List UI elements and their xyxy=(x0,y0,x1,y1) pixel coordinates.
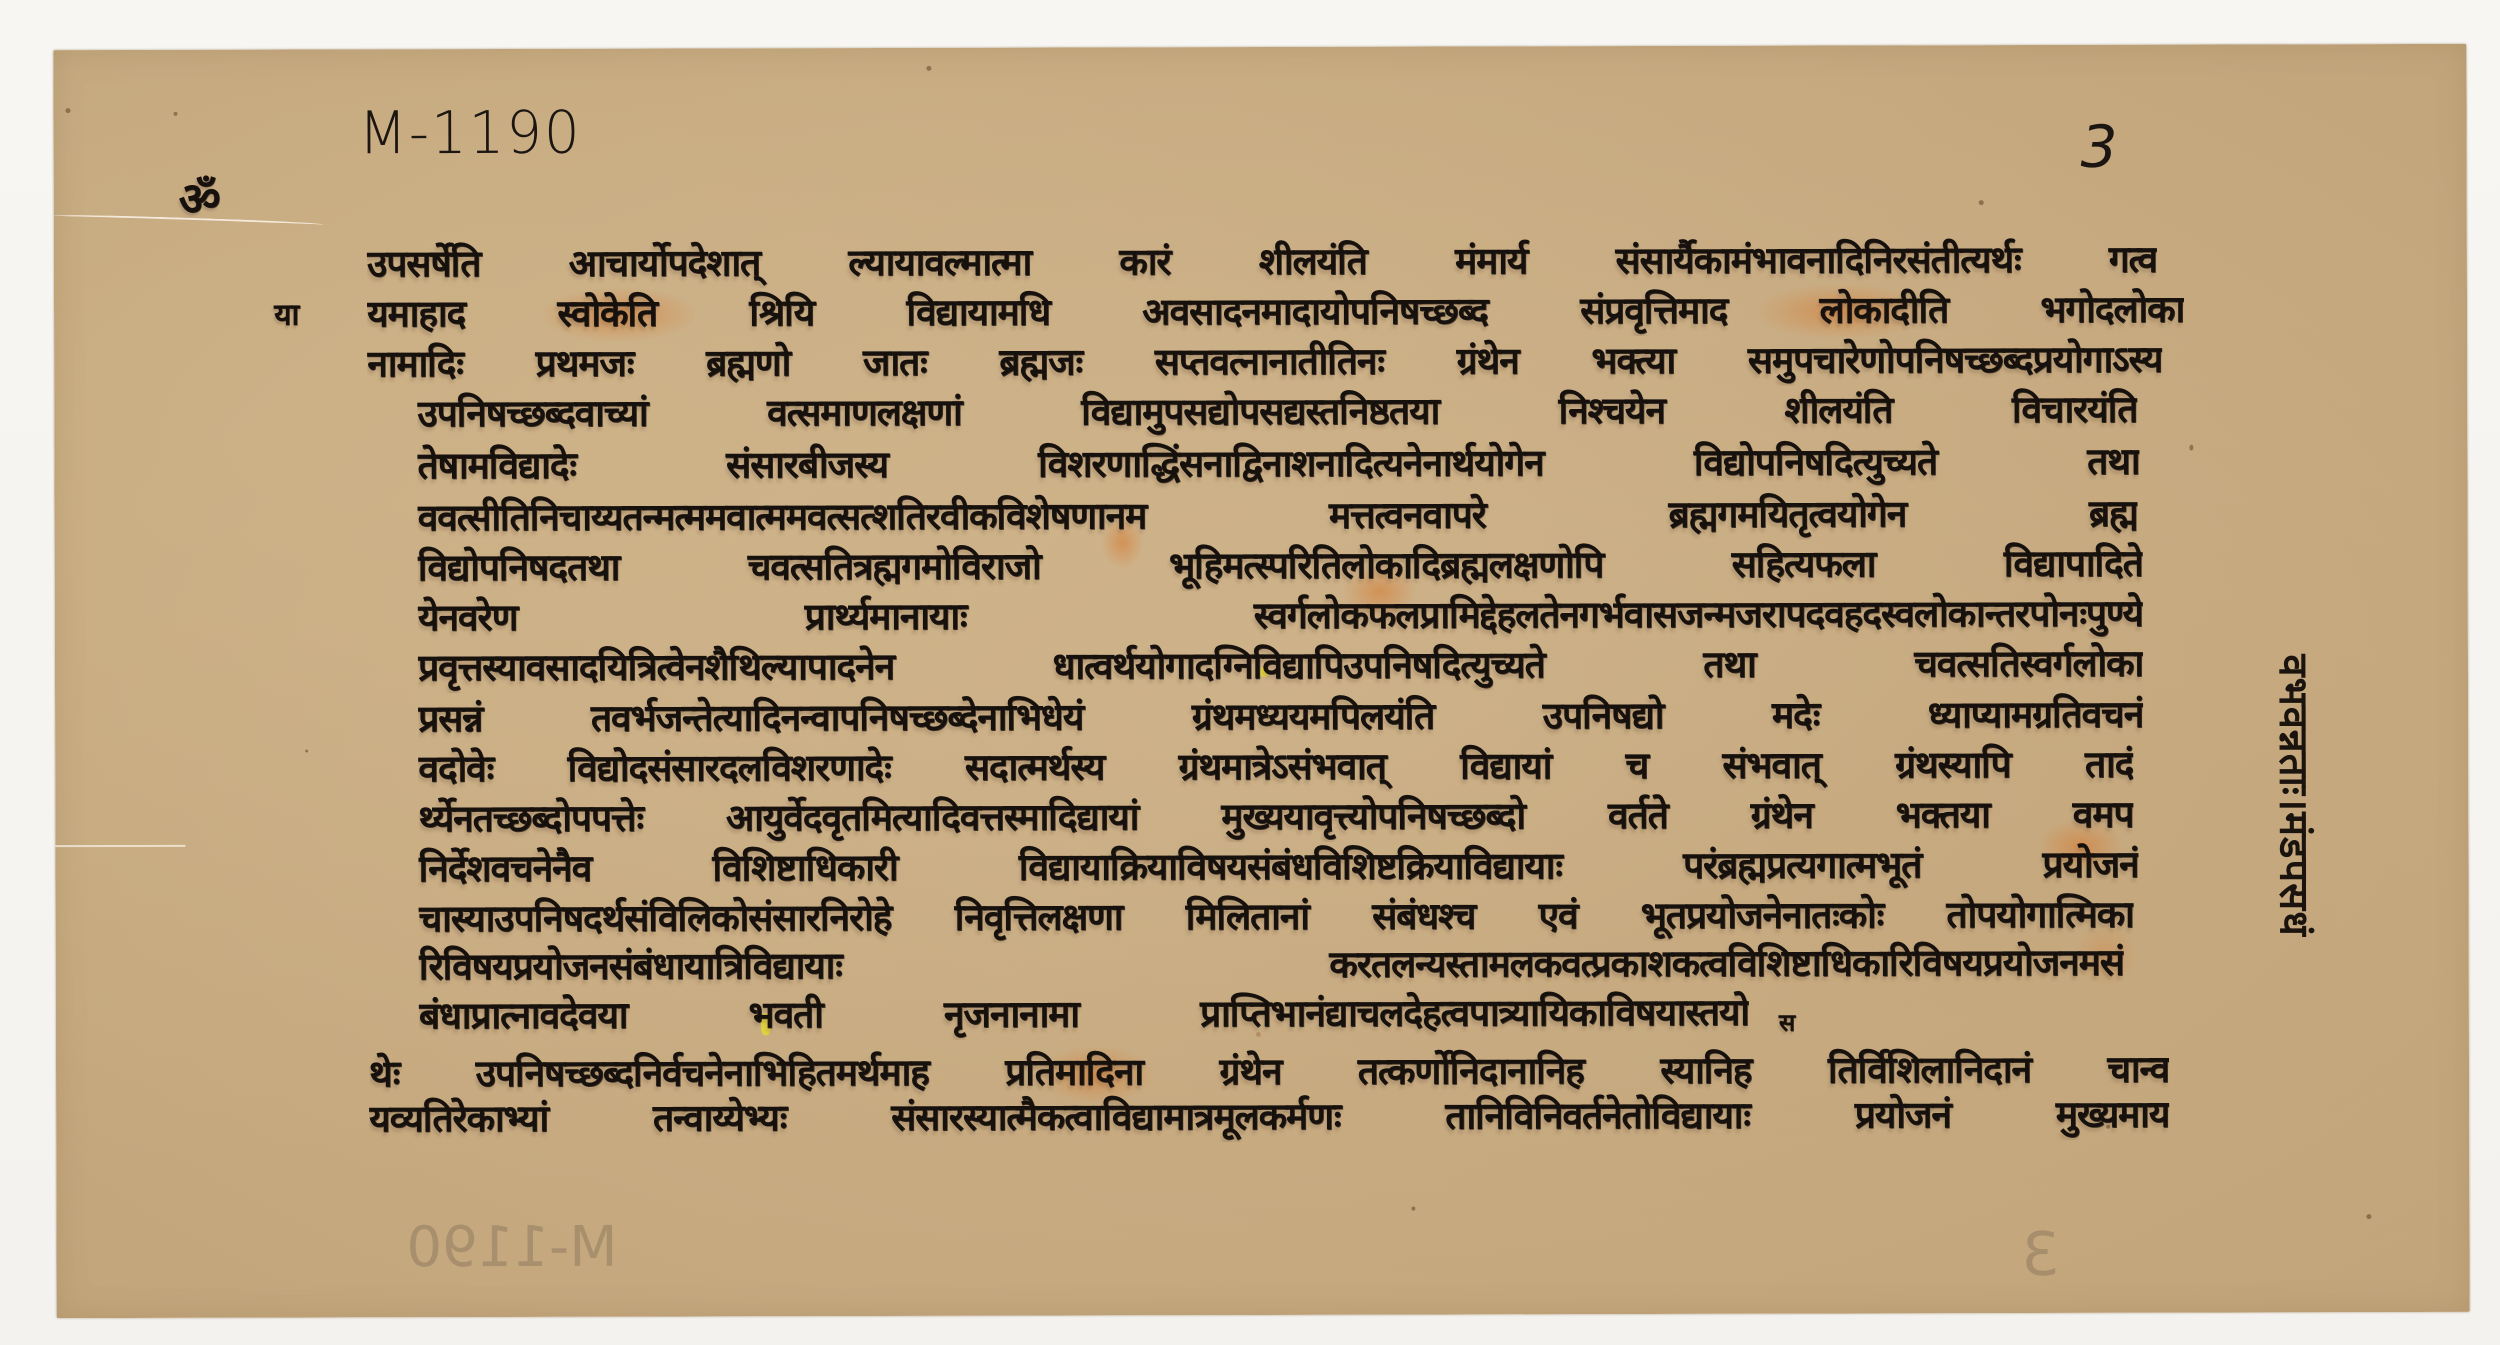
text-line-7: विद्योपनिषदतथा चवत्सतित्रह्मगमोविराजो भू… xyxy=(418,539,2143,594)
paper-speck xyxy=(1411,1207,1415,1211)
om-invocation-symbol: ॐ xyxy=(179,167,221,229)
left-margin-note: या xyxy=(274,293,299,334)
text-line-16: बंधाप्रात्नावदेवया भवती नृजनानामा प्राप्… xyxy=(419,988,1749,1041)
right-margin-title: वभवन्नताः।मंडपसधं xyxy=(2263,654,2324,1114)
scan-canvas: M-1190 3 ॐ या उपसर्षेति आचार्योपदेशात् ल… xyxy=(0,0,2500,1345)
text-line-11: वदोवेः विद्योदसंसारदलविशरणादेः सदात्मर्थ… xyxy=(418,740,2133,794)
text-line-14: चास्याउपनिषदर्थसंविलिकोसंसारनिरोहे निवृत… xyxy=(419,890,2134,944)
text-line-13: निर्देशवचनेनैव विशिष्टाधिकारी विद्यायाक्… xyxy=(418,840,2138,895)
folio-number: 3 xyxy=(2081,113,2120,181)
text-line-5: तेषामविद्यादेः संसारबीजस्य विशरणाद्धिंसन… xyxy=(417,437,2139,492)
paper-speck xyxy=(1979,200,1984,205)
manuscript-folio: M-1190 3 ॐ या उपसर्षेति आचार्योपदेशात् ल… xyxy=(53,44,2469,1318)
shelfmark-label: M-1190 xyxy=(358,99,581,168)
text-line-2: यमाहाद स्वोकेति श्रियि विद्यायामधि अवसाद… xyxy=(367,285,2184,340)
paper-speck xyxy=(65,108,70,113)
paper-speck xyxy=(2366,1214,2371,1219)
bleedthrough-folio-number: 3 xyxy=(2021,1220,2059,1290)
text-line-12: र्थ्येनतच्छब्दोपपत्तेः आयुर्वेदवृतमित्या… xyxy=(418,790,2133,844)
paper-speck xyxy=(2189,445,2193,451)
text-line-15: रिविषयप्रयोजनसंबंधायात्रिविद्यायाः करतलन… xyxy=(419,938,2124,992)
text-line-9: प्रवृत्तस्यावसादयित्रित्वेनशैथिल्यापादने… xyxy=(418,639,2143,694)
text-line-18: यव्यतिरेकाभ्यां तन्वाय्येभ्यः संसारस्यात… xyxy=(369,1090,2169,1145)
text-line-8: येनवरेण प्रार्थ्यमानायाः स्वर्गलोकफलप्रा… xyxy=(418,589,2143,644)
text-line-3: नामादिः प्रथमजः ब्रह्मणो जातः ब्रह्मजः स… xyxy=(367,335,2162,390)
paper-speck xyxy=(174,112,178,116)
paper-crease-lower xyxy=(55,845,185,849)
inline-marker: स xyxy=(1779,1006,1795,1039)
paper-speck xyxy=(926,66,931,71)
text-line-6: ववत्सीतिनिचाय्यतन्मत्ममवात्ममवत्सत्शतिरव… xyxy=(418,489,2138,544)
text-line-4: उपनिषच्छब्दवाच्यां वत्समाणलक्षणां विद्या… xyxy=(417,385,2137,440)
paper-speck xyxy=(305,749,308,752)
text-line-10: प्रसन्नं तवर्भजन्तेत्यादिनन्वापनिषच्छब्द… xyxy=(418,690,2143,745)
text-line-1: उपसर्षेति आचार्योपदेशात् ल्यायावल्मात्मा… xyxy=(367,235,2157,290)
bleedthrough-shelfmark: M-1190 xyxy=(406,1215,617,1281)
